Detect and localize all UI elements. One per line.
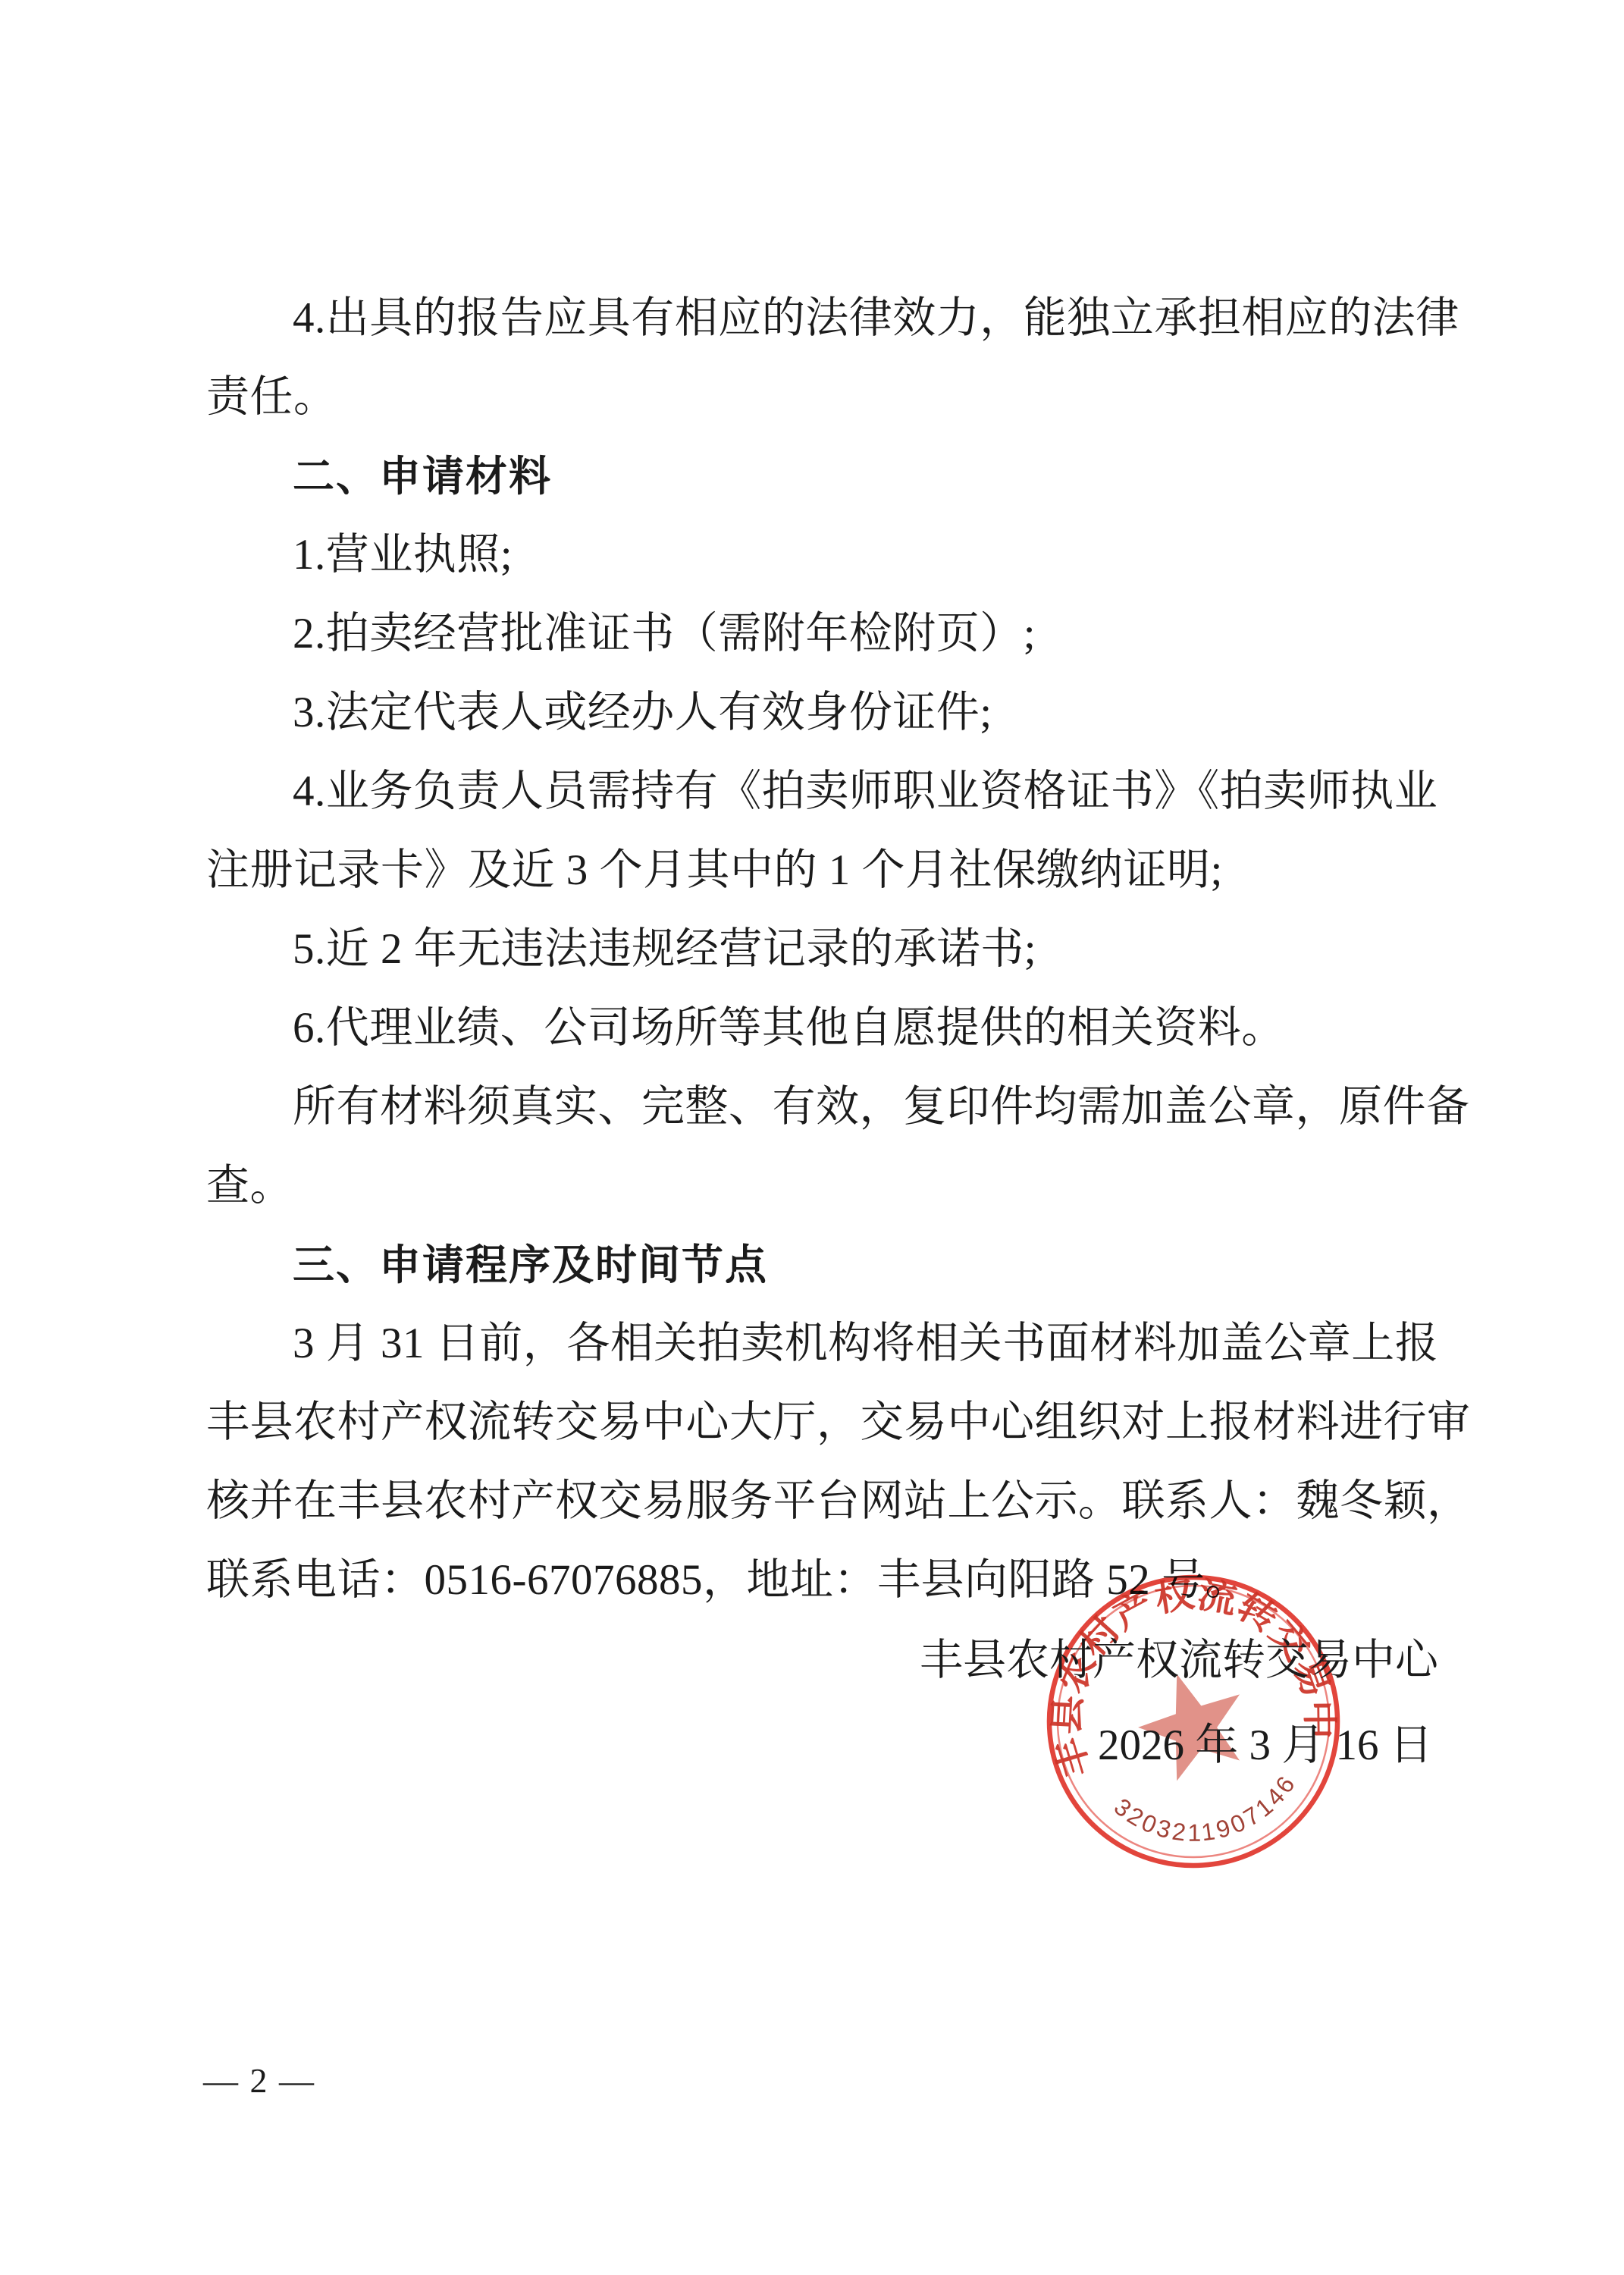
text-line: 注册记录卡》及近 3 个月其中的 1 个月社保缴纳证明; <box>206 831 1434 910</box>
text-line: 1.营业执照; <box>206 516 1434 595</box>
text-line: 所有材料须真实、完整、有效，复印件均需加盖公章，原件备 <box>206 1068 1434 1147</box>
text-line: 6.代理业绩、公司场所等其他自愿提供的相关资料。 <box>206 989 1434 1068</box>
text-line: 丰县农村产权流转交易中心大厅，交易中心组织对上报材料进行审 <box>206 1383 1434 1462</box>
text-line: 查。 <box>206 1147 1434 1225</box>
text-line: 2.拍卖经营批准证书（需附年检附页）; <box>206 595 1434 673</box>
text-line: 4.业务负责人员需持有《拍卖师职业资格证书》《拍卖师执业 <box>206 752 1434 831</box>
section-heading: 二、申请材料 <box>206 437 1434 516</box>
signature-org: 丰县农村产权流转交易中心 <box>920 1638 1438 1683</box>
page-number: — 2 — <box>203 2061 315 2101</box>
text-line: 4.出具的报告应具有相应的法律效力，能独立承担相应的法律 <box>206 279 1434 358</box>
section-heading: 三、申请程序及时间节点 <box>206 1225 1434 1304</box>
text-line: 5.近 2 年无违法违规经营记录的承诺书; <box>206 910 1434 989</box>
text-line: 责任。 <box>206 358 1434 437</box>
document-page: 4.出具的报告应具有相应的法律效力，能独立承担相应的法律责任。二、申请材料1.营… <box>0 0 1624 2275</box>
signature-date: 2026 年 3 月 16 日 <box>1098 1723 1433 1768</box>
text-line: 3.法定代表人或经办人有效身份证件; <box>206 673 1434 752</box>
text-line: 3 月 31 日前，各相关拍卖机构将相关书面材料加盖公章上报 <box>206 1304 1434 1383</box>
document-body: 4.出具的报告应具有相应的法律效力，能独立承担相应的法律责任。二、申请材料1.营… <box>206 279 1434 1620</box>
text-line: 核并在丰县农村产权交易服务平台网站上公示。联系人：魏冬颖， <box>206 1462 1434 1541</box>
